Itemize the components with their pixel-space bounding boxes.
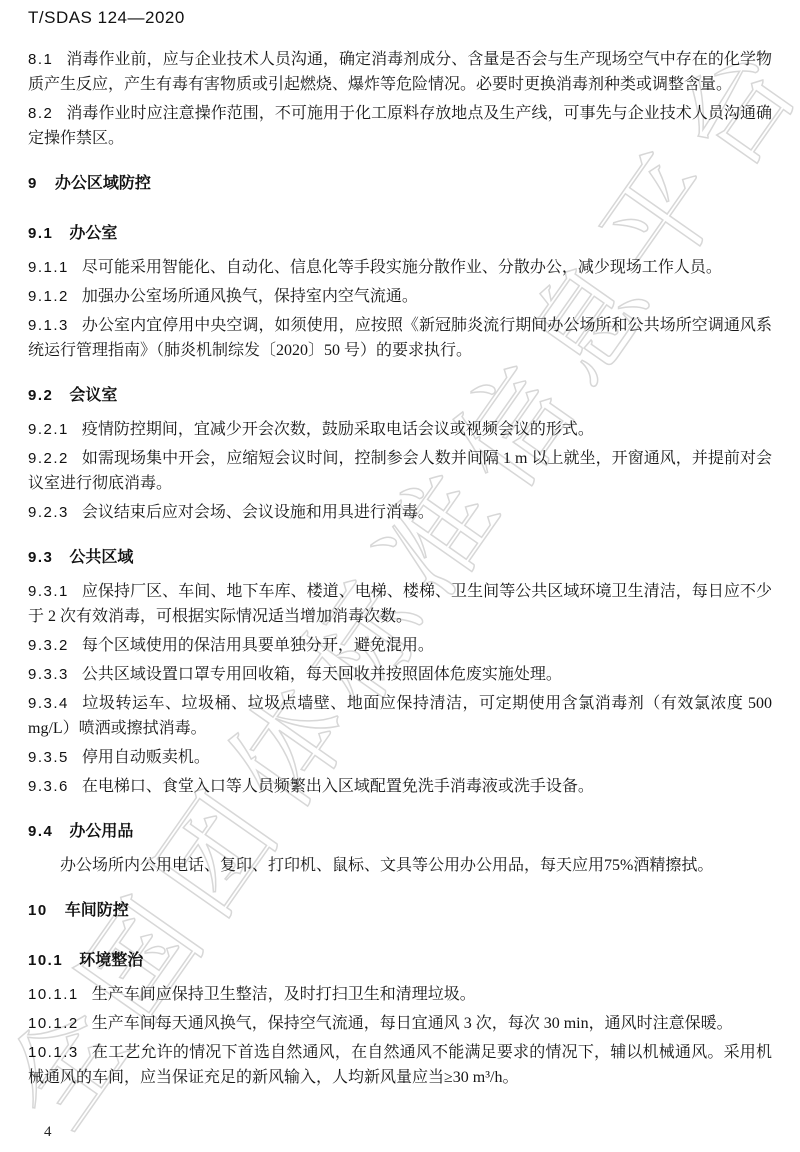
clause-text: 公共区域 — [69, 549, 133, 566]
clause-text: 垃圾转运车、垃圾桶、垃圾点墙壁、地面应保持清洁，可定期使用含氯消毒剂（有效氯浓度… — [28, 695, 772, 737]
clause-number: 10.1 — [28, 952, 63, 969]
clause-number: 10.1.2 — [28, 1015, 79, 1032]
clause-number: 8.2 — [28, 105, 53, 122]
clause-paragraph: 9.3.3公共区域设置口罩专用回收箱，每天回收并按照固体危废实施处理。 — [28, 662, 772, 687]
clause-paragraph: 9.2.1疫情防控期间，宜减少开会次数，鼓励采取电话会议或视频会议的形式。 — [28, 417, 772, 442]
clause-number: 9 — [28, 175, 38, 192]
clause-paragraph: 9.1.1尽可能采用智能化、自动化、信息化等手段实施分散作业、分散办公，减少现场… — [28, 255, 772, 280]
clause-text: 办公室内宜停用中央空调，如须使用，应按照《新冠肺炎流行期间办公场所和公共场所空调… — [28, 317, 772, 359]
clause-number: 9.1.1 — [28, 259, 69, 276]
clause-text: 在电梯口、食堂入口等人员频繁出入区域配置免洗手消毒液或洗手设备。 — [82, 778, 594, 795]
clause-text: 停用自动贩卖机。 — [82, 749, 210, 766]
clause-text: 环境整治 — [79, 952, 143, 969]
clause-number: 9.3.1 — [28, 583, 69, 600]
clause-paragraph: 9.1.2加强办公室场所通风换气，保持室内空气流通。 — [28, 284, 772, 309]
section-heading: 10.1环境整治 — [28, 948, 772, 973]
clause-paragraph: 10.1.3在工艺允许的情况下首选自然通风，在自然通风不能满足要求的情况下，辅以… — [28, 1040, 772, 1090]
clause-text: 会议室 — [69, 387, 117, 404]
body-paragraph: 办公场所内公用电话、复印、打印机、鼠标、文具等公用办公用品，每天应用75%酒精擦… — [28, 853, 772, 878]
clause-number: 10.1.1 — [28, 986, 79, 1003]
clause-number: 9.3.3 — [28, 666, 69, 683]
section-heading: 9.4办公用品 — [28, 819, 772, 844]
clause-text: 应保持厂区、车间、地下车库、楼道、电梯、楼梯、卫生间等公共区域环境卫生清洁，每日… — [28, 583, 772, 625]
clause-text: 消毒作业前，应与企业技术人员沟通，确定消毒剂成分、含量是否会与生产现场空气中存在… — [28, 51, 772, 93]
clause-paragraph: 9.3.5停用自动贩卖机。 — [28, 745, 772, 770]
clause-paragraph: 9.2.3会议结束后应对会场、会议设施和用具进行消毒。 — [28, 500, 772, 525]
clause-number: 10 — [28, 902, 48, 919]
clause-number: 9.3.4 — [28, 695, 69, 712]
clause-text: 办公场所内公用电话、复印、打印机、鼠标、文具等公用办公用品，每天应用75%酒精擦… — [60, 857, 713, 874]
clause-text: 尽可能采用智能化、自动化、信息化等手段实施分散作业、分散办公，减少现场工作人员。 — [82, 259, 722, 276]
clause-paragraph: 9.3.1应保持厂区、车间、地下车库、楼道、电梯、楼梯、卫生间等公共区域环境卫生… — [28, 579, 772, 629]
clause-text: 疫情防控期间，宜减少开会次数，鼓励采取电话会议或视频会议的形式。 — [82, 421, 594, 438]
clause-text: 如需现场集中开会，应缩短会议时间，控制参会人数并间隔 1 m 以上就坐，开窗通风… — [28, 450, 772, 492]
clause-text: 公共区域设置口罩专用回收箱，每天回收并按照固体危废实施处理。 — [82, 666, 562, 683]
clause-text: 办公区域防控 — [55, 175, 151, 192]
clause-text: 车间防控 — [65, 902, 129, 919]
section-heading: 9.3公共区域 — [28, 545, 772, 570]
clause-number: 9.3.6 — [28, 778, 69, 795]
clause-number: 9.1 — [28, 225, 53, 242]
clause-text: 生产车间每天通风换气，保持空气流通，每日宜通风 3 次，每次 30 min，通风… — [92, 1015, 733, 1032]
clause-number: 9.3.5 — [28, 749, 69, 766]
section-heading: 9.2会议室 — [28, 383, 772, 408]
clause-number: 9.2.1 — [28, 421, 69, 438]
clause-number: 9.3 — [28, 549, 53, 566]
clause-text: 办公室 — [69, 225, 117, 242]
clause-number: 10.1.3 — [28, 1044, 79, 1061]
clause-text: 办公用品 — [69, 823, 133, 840]
clause-paragraph: 9.3.2每个区域使用的保洁用具要单独分开，避免混用。 — [28, 633, 772, 658]
clause-number: 9.2 — [28, 387, 53, 404]
standard-number-header: T/SDAS 124—2020 — [28, 8, 185, 28]
document-body: 8.1消毒作业前，应与企业技术人员沟通，确定消毒剂成分、含量是否会与生产现场空气… — [28, 47, 772, 1094]
section-heading: 10车间防控 — [28, 898, 772, 923]
clause-paragraph: 10.1.2生产车间每天通风换气，保持空气流通，每日宜通风 3 次，每次 30 … — [28, 1011, 772, 1036]
clause-text: 在工艺允许的情况下首选自然通风，在自然通风不能满足要求的情况下，辅以机械通风。采… — [28, 1044, 772, 1086]
clause-number: 9.3.2 — [28, 637, 69, 654]
clause-text: 加强办公室场所通风换气，保持室内空气流通。 — [82, 288, 418, 305]
clause-paragraph: 8.2消毒作业时应注意操作范围，不可施用于化工原料存放地点及生产线，可事先与企业… — [28, 101, 772, 151]
clause-number: 9.2.3 — [28, 504, 69, 521]
page-number: 4 — [44, 1124, 52, 1141]
clause-text: 消毒作业时应注意操作范围，不可施用于化工原料存放地点及生产线，可事先与企业技术人… — [28, 105, 772, 147]
clause-text: 生产车间应保持卫生整洁，及时打扫卫生和清理垃圾。 — [92, 986, 476, 1003]
clause-paragraph: 9.3.4垃圾转运车、垃圾桶、垃圾点墙壁、地面应保持清洁，可定期使用含氯消毒剂（… — [28, 691, 772, 741]
clause-paragraph: 9.2.2如需现场集中开会，应缩短会议时间，控制参会人数并间隔 1 m 以上就坐… — [28, 446, 772, 496]
clause-text: 会议结束后应对会场、会议设施和用具进行消毒。 — [82, 504, 434, 521]
clause-number: 8.1 — [28, 51, 53, 68]
section-heading: 9.1办公室 — [28, 221, 772, 246]
clause-number: 9.2.2 — [28, 450, 69, 467]
clause-number: 9.4 — [28, 823, 53, 840]
clause-number: 9.1.2 — [28, 288, 69, 305]
clause-paragraph: 10.1.1生产车间应保持卫生整洁，及时打扫卫生和清理垃圾。 — [28, 982, 772, 1007]
section-heading: 9办公区域防控 — [28, 171, 772, 196]
clause-text: 每个区域使用的保洁用具要单独分开，避免混用。 — [82, 637, 434, 654]
clause-paragraph: 8.1消毒作业前，应与企业技术人员沟通，确定消毒剂成分、含量是否会与生产现场空气… — [28, 47, 772, 97]
clause-paragraph: 9.3.6在电梯口、食堂入口等人员频繁出入区域配置免洗手消毒液或洗手设备。 — [28, 774, 772, 799]
clause-paragraph: 9.1.3办公室内宜停用中央空调，如须使用，应按照《新冠肺炎流行期间办公场所和公… — [28, 313, 772, 363]
clause-number: 9.1.3 — [28, 317, 69, 334]
